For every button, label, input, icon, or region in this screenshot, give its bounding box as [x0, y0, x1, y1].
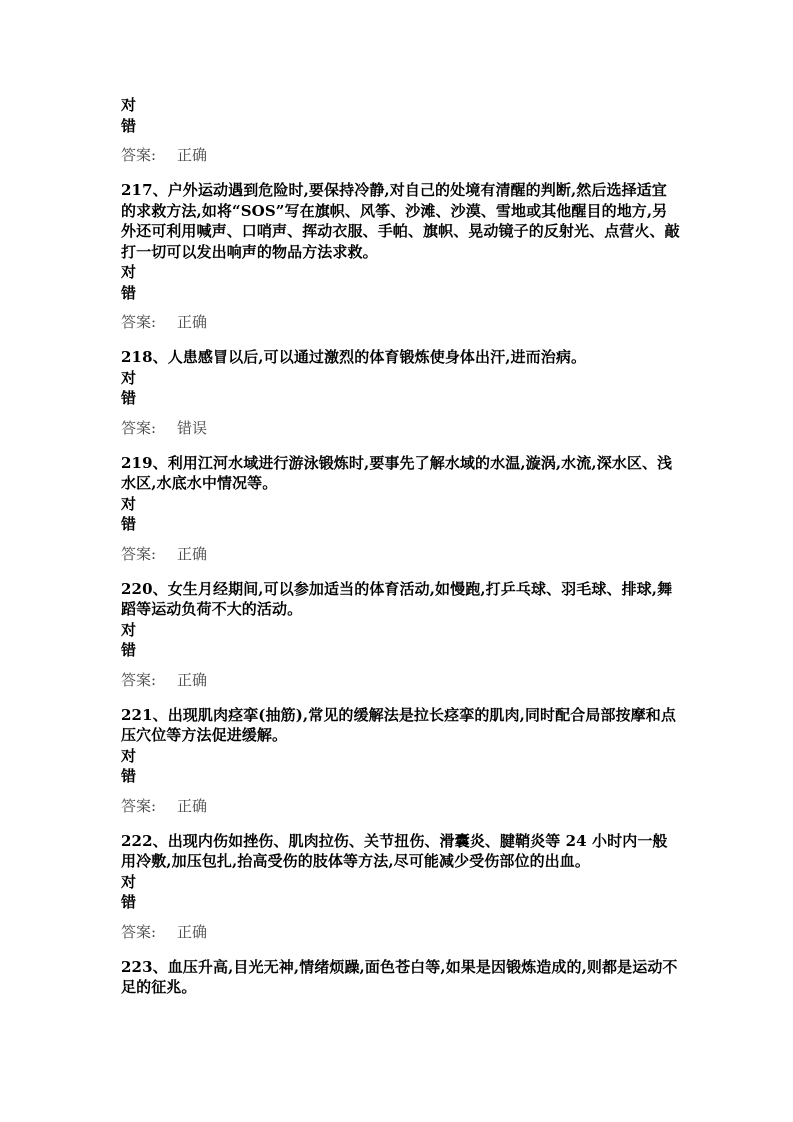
option-false: 错: [121, 766, 681, 787]
question-block-221: 221、出现肌肉痉挛(抽筋),常见的缓解法是拉长痉挛的肌肉,同时配合局部按摩和点…: [121, 705, 681, 816]
question-block-217: 217、户外运动遇到危险时,要保持冷静,对自己的处境有清醒的判断,然后选择适宜的…: [121, 180, 681, 332]
option-true: 对: [121, 620, 681, 641]
option-true: 对: [121, 262, 681, 283]
option-false: 错: [121, 892, 681, 913]
answer-line: 答案:正确: [121, 922, 681, 942]
answer-label: 答案:: [121, 544, 177, 564]
question-block-223: 223、血压升高,目光无神,情绪烦躁,面色苍白等,如果是因锻炼造成的,则都是运动…: [121, 957, 681, 998]
question-text: 222、出现内伤如挫伤、肌肉拉伤、关节扭伤、滑囊炎、腱鞘炎等 24 小时内一般用…: [121, 831, 681, 872]
answer-value: 正确: [177, 146, 207, 164]
question-block-219: 219、利用江河水域进行游泳锻炼时,要事先了解水域的水温,漩涡,水流,深水区、浅…: [121, 453, 681, 564]
answer-line: 答案:正确: [121, 544, 681, 564]
answer-line: 答案:正确: [121, 670, 681, 690]
answer-line: 答案:正确: [121, 312, 681, 332]
question-text: 221、出现肌肉痉挛(抽筋),常见的缓解法是拉长痉挛的肌肉,同时配合局部按摩和点…: [121, 705, 681, 746]
question-text: 220、女生月经期间,可以参加适当的体育活动,如慢跑,打乒乓球、羽毛球、排球,舞…: [121, 579, 681, 620]
question-block-218: 218、人患感冒以后,可以通过激烈的体育锻炼使身体出汗,进而治病。 对 错 答案…: [121, 347, 681, 438]
option-false: 错: [121, 116, 681, 137]
question-text: 217、户外运动遇到危险时,要保持冷静,对自己的处境有清醒的判断,然后选择适宜的…: [121, 180, 681, 262]
answer-value: 错误: [177, 419, 207, 437]
answer-line: 答案:错误: [121, 418, 681, 438]
answer-label: 答案:: [121, 312, 177, 332]
option-true: 对: [121, 494, 681, 515]
document-page: 对 错 答案:正确 217、户外运动遇到危险时,要保持冷静,对自己的处境有清醒的…: [121, 95, 681, 998]
answer-value: 正确: [177, 923, 207, 941]
answer-line: 答案:正确: [121, 145, 681, 165]
answer-line: 答案:正确: [121, 796, 681, 816]
question-block-220: 220、女生月经期间,可以参加适当的体育活动,如慢跑,打乒乓球、羽毛球、排球,舞…: [121, 579, 681, 690]
answer-label: 答案:: [121, 418, 177, 438]
option-false: 错: [121, 514, 681, 535]
option-false: 错: [121, 283, 681, 304]
question-block-222: 222、出现内伤如挫伤、肌肉拉伤、关节扭伤、滑囊炎、腱鞘炎等 24 小时内一般用…: [121, 831, 681, 942]
option-true: 对: [121, 95, 681, 116]
answer-value: 正确: [177, 671, 207, 689]
option-false: 错: [121, 640, 681, 661]
answer-label: 答案:: [121, 670, 177, 690]
option-false: 错: [121, 388, 681, 409]
answer-value: 正确: [177, 313, 207, 331]
answer-value: 正确: [177, 797, 207, 815]
question-block-216-tail: 对 错 答案:正确: [121, 95, 681, 165]
option-true: 对: [121, 746, 681, 767]
question-text: 223、血压升高,目光无神,情绪烦躁,面色苍白等,如果是因锻炼造成的,则都是运动…: [121, 957, 681, 998]
answer-label: 答案:: [121, 145, 177, 165]
question-text: 218、人患感冒以后,可以通过激烈的体育锻炼使身体出汗,进而治病。: [121, 347, 681, 368]
answer-label: 答案:: [121, 796, 177, 816]
option-true: 对: [121, 368, 681, 389]
answer-label: 答案:: [121, 922, 177, 942]
option-true: 对: [121, 872, 681, 893]
question-text: 219、利用江河水域进行游泳锻炼时,要事先了解水域的水温,漩涡,水流,深水区、浅…: [121, 453, 681, 494]
answer-value: 正确: [177, 545, 207, 563]
